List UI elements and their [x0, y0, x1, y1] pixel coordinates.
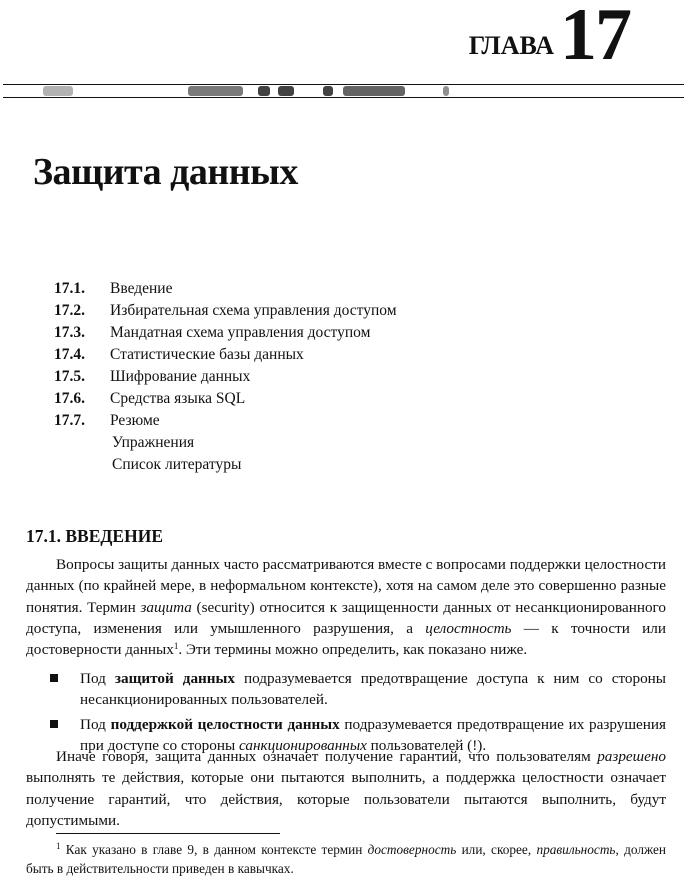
toc-title: Средства языка SQL — [110, 390, 245, 408]
rule-line-top — [3, 84, 684, 85]
footnote-divider — [56, 833, 280, 834]
toc-item[interactable]: 17.2. Избирательная схема управления дос… — [54, 300, 397, 322]
text-run: . Эти термины можно определить, как пока… — [178, 641, 527, 658]
toc-item[interactable]: 17.1. Введение — [54, 278, 397, 300]
text-run: Иначе говоря, защита данных означает пол… — [56, 748, 597, 765]
toc-number: 17.7. — [54, 412, 110, 430]
list-item: Под защитой данных подразумевается предо… — [48, 668, 666, 711]
footnote: 1 Как указано в главе 9, в данном контек… — [26, 840, 666, 878]
chapter-label: ГЛАВА — [469, 33, 554, 59]
rule-texture — [443, 86, 449, 96]
text-run: Как указано в главе 9, в данном контекст… — [61, 842, 368, 857]
chapter-header: ГЛАВА 17 — [469, 4, 630, 67]
toc-title: Избирательная схема управления доступом — [110, 302, 397, 320]
toc-title: Резюме — [110, 412, 160, 430]
summary-paragraph: Иначе говоря, защита данных означает пол… — [26, 746, 666, 831]
toc-number: 17.1. — [54, 280, 110, 298]
rule-texture — [278, 86, 294, 96]
rule-texture — [343, 86, 405, 96]
bold-term: защитой данных — [115, 670, 235, 687]
rule-texture — [188, 86, 243, 96]
italic-term: целостность — [425, 620, 511, 637]
toc-title: Шифрование данных — [110, 368, 250, 386]
list-item-text: Под защитой данных подразумевается предо… — [80, 668, 666, 711]
bold-term: поддержкой целостности данных — [111, 716, 340, 733]
italic-term: достоверность — [368, 842, 457, 857]
square-bullet-icon — [48, 668, 80, 711]
intro-paragraph: Вопросы защиты данных часто рассматриваю… — [26, 554, 666, 660]
toc-title: Список литературы — [112, 456, 241, 474]
table-of-contents: 17.1. Введение 17.2. Избирательная схема… — [54, 278, 397, 476]
toc-item[interactable]: 17.4. Статистические базы данных — [54, 344, 397, 366]
toc-number: 17.5. — [54, 368, 110, 386]
toc-title: Статистические базы данных — [110, 346, 304, 364]
toc-item[interactable]: Упражнения — [54, 432, 397, 454]
toc-item[interactable]: 17.3. Мандатная схема управления доступо… — [54, 322, 397, 344]
text-run: выполнять те действия, которые они пытаю… — [26, 769, 666, 829]
toc-item[interactable]: Список литературы — [54, 454, 397, 476]
text-run: Под — [80, 716, 111, 733]
toc-number: 17.3. — [54, 324, 110, 342]
toc-title: Мандатная схема управления доступом — [110, 324, 370, 342]
toc-item[interactable]: 17.6. Средства языка SQL — [54, 388, 397, 410]
toc-number: 17.4. — [54, 346, 110, 364]
toc-title: Введение — [110, 280, 172, 298]
italic-term: защита — [141, 599, 192, 616]
toc-item[interactable]: 17.5. Шифрование данных — [54, 366, 397, 388]
chapter-rule — [3, 84, 684, 98]
italic-term: правильность — [536, 842, 615, 857]
rule-texture — [43, 86, 73, 96]
toc-item[interactable]: 17.7. Резюме — [54, 410, 397, 432]
toc-number: 17.6. — [54, 390, 110, 408]
rule-texture — [258, 86, 270, 96]
toc-title: Упражнения — [112, 434, 194, 452]
rule-texture — [323, 86, 333, 96]
rule-line-bottom — [3, 97, 684, 98]
toc-number: 17.2. — [54, 302, 110, 320]
chapter-number: 17 — [560, 4, 630, 67]
section-heading: 17.1. ВВЕДЕНИЕ — [26, 526, 163, 547]
text-run: Под — [80, 670, 115, 687]
page-title: Защита данных — [33, 150, 298, 194]
italic-term: разрешено — [597, 748, 666, 765]
text-run: или, скорее, — [456, 842, 536, 857]
